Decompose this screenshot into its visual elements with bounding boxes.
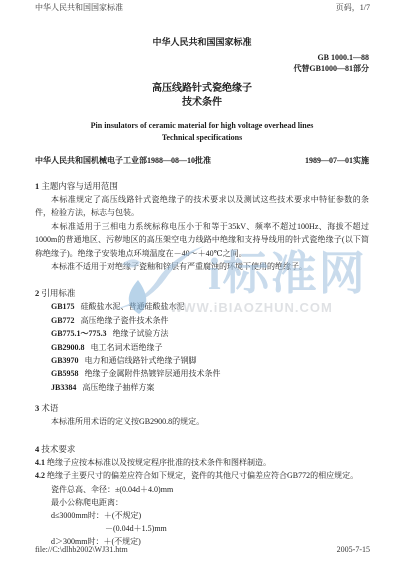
subject-subtitle-en: Technical specifications	[35, 132, 369, 144]
reference-name: 高压绝缘子瓷件技术条件	[81, 316, 169, 325]
reference-item: GB772高压绝缘子瓷件技术条件	[51, 314, 369, 327]
section-2-title: 引用标准	[41, 288, 75, 298]
print-header: 中华人民共和国国家标准 页码，1/7	[35, 3, 370, 13]
reference-name: 电力和通信线路针式绝缘子钢脚	[85, 356, 197, 365]
section-1-title: 主题内容与适用范围	[41, 181, 118, 191]
clause-number: 4.1	[35, 458, 45, 467]
clause-text: 绝缘子主要尺寸的偏差应符合如下规定，瓷件的其他尺寸偏差应符合GB772的相应规定…	[47, 471, 358, 480]
reference-code: GB5958	[51, 369, 79, 378]
section-1-paragraph: 本标准适用于三相电力系统标称电压小于和等于35kV、频率不超过100Hz、海拔不…	[35, 220, 369, 260]
document-content: 中华人民共和国国家标准 GB 1000.1—88 代替GB1000—81部分 高…	[35, 36, 369, 549]
subject-title-en: Pin insulators of ceramic material for h…	[35, 120, 369, 132]
section-1-number: 1	[35, 181, 39, 191]
national-standard-title: 中华人民共和国国家标准	[35, 36, 369, 48]
print-header-page-number: 页码，1/7	[336, 3, 370, 13]
reference-name: 绝缘子金属附件热镀锌层通用技术条件	[85, 369, 221, 378]
reference-code: GB772	[51, 316, 75, 325]
replaces-note: 代替GB1000—81部分	[35, 63, 369, 74]
spec-line: d＞300mm时：＋(不规定)	[51, 535, 369, 548]
clause-number: 4.2	[35, 471, 45, 480]
reference-item: GB2900.8电工名词术语绝缘子	[51, 341, 369, 354]
approved-by: 中华人民共和国机械电子工业部1988—08—10批准	[35, 155, 211, 166]
clause-4-1: 4.1 绝缘子应按本标准以及按规定程序批准的技术条件和图样制造。	[35, 456, 369, 469]
clause-text: 绝缘子应按本标准以及按规定程序批准的技术条件和图样制造。	[47, 458, 271, 467]
reference-code: GB3970	[51, 356, 79, 365]
spec-line: 最小公称爬电距离：	[51, 496, 369, 509]
reference-item: JB3384高压绝缘子抽样方案	[51, 381, 369, 394]
section-1-paragraph: 本标准不适用于对绝缘子瓷釉和锌层有严重腐蚀的环境下使用的绝缘子。	[35, 260, 369, 273]
reference-code: GB2900.8	[51, 343, 85, 352]
section-3-heading: 3 术语	[35, 402, 369, 415]
reference-code: JB3384	[51, 383, 76, 392]
spec-line: －(0.04d＋1.5)mm	[105, 522, 369, 535]
reference-code: GB175	[51, 302, 75, 311]
section-3-number: 3	[35, 403, 39, 413]
print-header-title: 中华人民共和国国家标准	[35, 3, 123, 13]
subject-subtitle-cn: 技术条件	[35, 96, 369, 110]
section-3-title: 术语	[41, 403, 58, 413]
effective-date: 1989—07—01实施	[305, 155, 369, 166]
reference-item: GB175硅酸盐水泥、普通硅酸盐水泥	[51, 300, 369, 313]
spec-line: 瓷件总高、伞径：±(0.04d＋4.0)mm	[51, 483, 369, 496]
section-4-number: 4	[35, 444, 39, 454]
document-page: 中华人民共和国国家标准 页码，1/7 中华人民共和国国家标准 GB 1000.1…	[0, 0, 400, 566]
standard-number: GB 1000.1—88	[35, 52, 369, 63]
reference-item: GB3970电力和通信线路针式绝缘子钢脚	[51, 354, 369, 367]
reference-name: 绝缘子试验方法	[113, 329, 169, 338]
spec-line: d≤3000mm时：＋(不规定)	[51, 509, 369, 522]
approval-row: 中华人民共和国机械电子工业部1988—08—10批准 1989—07—01实施	[35, 155, 369, 166]
reference-item: GB5958绝缘子金属附件热镀锌层通用技术条件	[51, 367, 369, 380]
reference-code: GB775.1～775.3	[51, 329, 107, 338]
subject-title-cn: 高压线路针式瓷绝缘子	[35, 82, 369, 96]
reference-name: 高压绝缘子抽样方案	[82, 383, 154, 392]
reference-item: GB775.1～775.3绝缘子试验方法	[51, 327, 369, 340]
reference-name: 硅酸盐水泥、普通硅酸盐水泥	[81, 302, 185, 311]
section-4-heading: 4 技术要求	[35, 443, 369, 456]
section-3-paragraph: 本标准所用术语的定义按GB2900.8的规定。	[35, 415, 369, 428]
section-4-title: 技术要求	[41, 444, 75, 454]
clause-4-2: 4.2 绝缘子主要尺寸的偏差应符合如下规定，瓷件的其他尺寸偏差应符合GB772的…	[35, 469, 369, 482]
section-2-number: 2	[35, 288, 39, 298]
reference-name: 电工名词术语绝缘子	[91, 343, 163, 352]
section-1-paragraph: 本标准规定了高压线路针式瓷绝缘子的技术要求以及测试这些技术要求中特征参数的条件，…	[35, 193, 369, 220]
section-2-heading: 2 引用标准	[35, 287, 369, 300]
section-1-heading: 1 主题内容与适用范围	[35, 180, 369, 193]
